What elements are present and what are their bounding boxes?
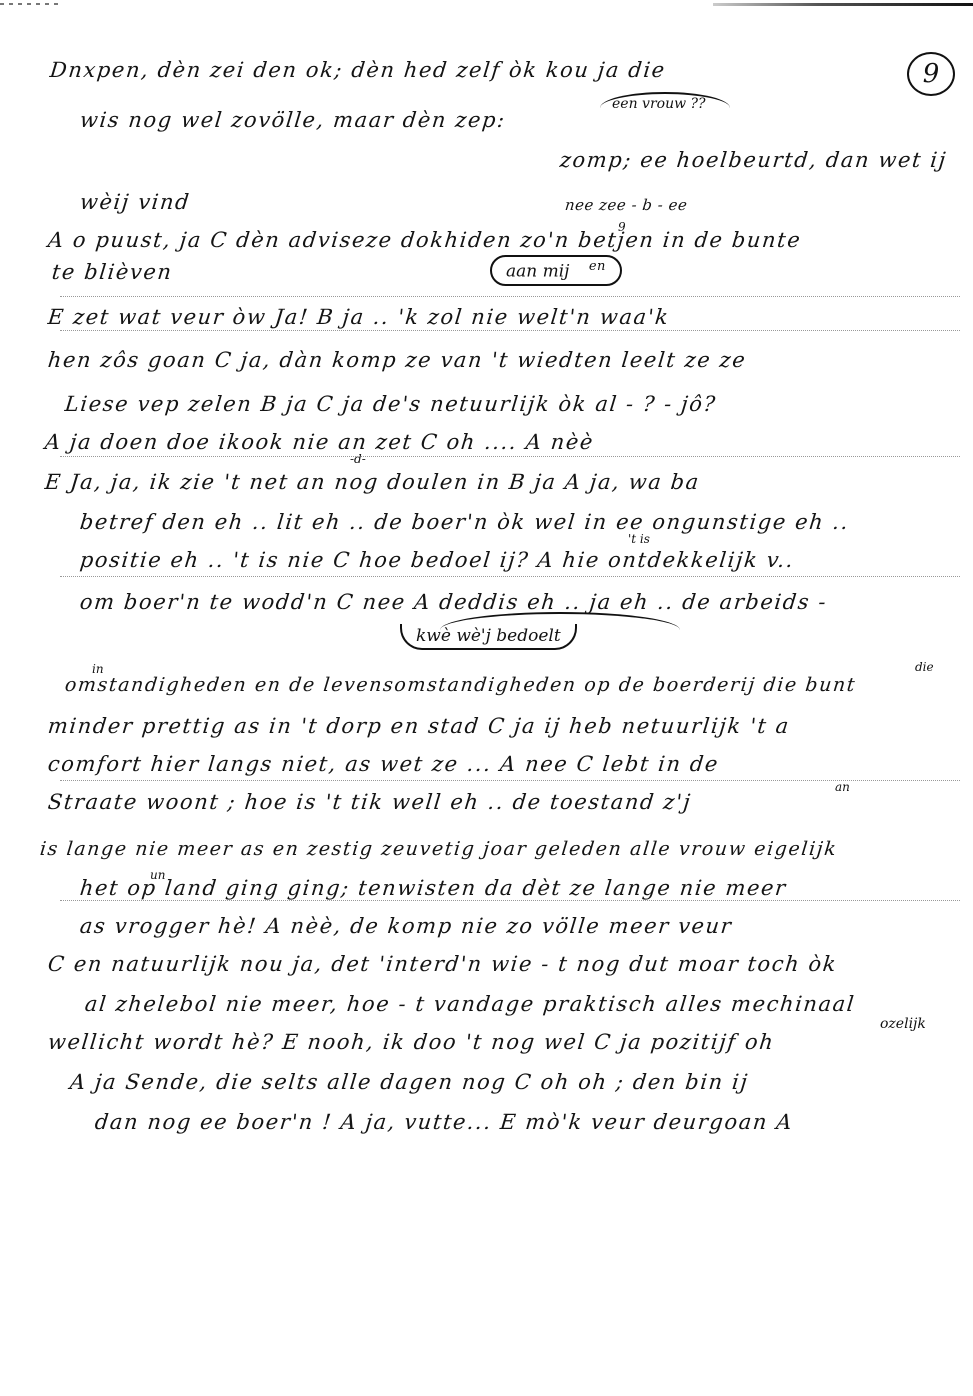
transcript-line-23: C en natuurlijk nou ja, det 'interd'n wi… [47, 952, 839, 976]
circled-note-text: kwè wè'j bedoelt [416, 626, 561, 646]
transcript-line-1: Dnxpen, dèn zei den ok; dèn hed zelf òk … [49, 58, 667, 82]
transcript-line-25: wellicht wordt hè? E nooh, ik doo 't nog… [47, 1030, 776, 1054]
transcript-line-8: E zet wat veur òw Ja! B ja .. 'k zol nie… [47, 305, 671, 329]
superscript-6: 9 [618, 220, 626, 234]
transcript-line-2: wis nog wel zovölle, maar dèn zep: [79, 108, 507, 132]
transcript-line-13: betref den eh .. lit eh .. de boer'n òk … [79, 510, 851, 534]
dotted-rule [60, 330, 960, 331]
dotted-rule [60, 780, 960, 781]
dotted-rule [60, 456, 960, 457]
transcript-line-14: positie eh .. 't is nie C hoe bedoel ij?… [79, 548, 796, 572]
superscript-19: an [835, 780, 850, 794]
transcript-line-16: omstandigheden en de levensomstandighede… [64, 674, 857, 696]
circled-insert-tail: en [589, 259, 606, 274]
dotted-rule [60, 900, 960, 901]
transcript-line-3: zomp; ee hoelbeurtd, dan wet ij [559, 148, 948, 172]
superscript-12: -d- [350, 452, 366, 466]
transcript-line-21: het op land ging ging; tenwisten da dèt … [79, 876, 788, 900]
scan-edge-mark [0, 3, 60, 5]
transcript-line-10: Liese vep zelen B ja C ja de's netuurlij… [64, 392, 718, 416]
transcript-line-27: dan nog ee boer'n ! A ja, vutte... E mò'… [94, 1110, 795, 1134]
transcript-line-18: comfort hier langs niet, as wet ze ... A… [47, 752, 721, 776]
superscript-16-end: die [915, 660, 934, 674]
transcript-line-20: is lange nie meer as en zestig zeuvetig … [39, 838, 839, 860]
transcript-line-6: A o puust, ja C dèn adviseze dokhiden zo… [47, 228, 803, 252]
circled-insert-aan-mij: aan mij en [490, 255, 622, 286]
transcript-line-22: as vrogger hè! A nèè, de komp nie zo völ… [79, 914, 734, 938]
dotted-rule [60, 576, 960, 577]
transcript-line-11: A ja doen doe ikook nie an zet C oh ....… [44, 430, 596, 454]
transcript-line-7: te blièven [51, 260, 174, 284]
insert-note-1: een vrouw ?? [612, 96, 706, 112]
transcript-line-26: A ja Sende, die selts alle dagen nog C o… [69, 1070, 750, 1094]
superscript-14: 't is [628, 532, 650, 546]
transcript-line-15: om boer'n te wodd'n C nee A deddis eh ..… [79, 590, 829, 614]
transcript-line-24: al zhelebol nie meer, hoe - t vandage pr… [84, 992, 857, 1016]
transcript-line-17: minder prettig as in 't dorp en stad C j… [47, 714, 791, 738]
scan-edge-bar [713, 3, 973, 6]
transcript-line-4: wèij vind [79, 190, 192, 214]
transcript-line-12: E Ja, ja, ik zie 't net an nog doulen in… [44, 470, 701, 494]
circled-note-bedoelt: kwè wè'j bedoelt [400, 624, 577, 650]
page-number: 9 [923, 59, 940, 89]
transcript-line-9: hen zôs goan C ja, dàn komp ze van 't wi… [47, 348, 748, 372]
circled-insert-text: aan mij [506, 262, 569, 282]
transcript-line-5: nee zee - b - ee [564, 196, 688, 214]
transcript-line-19: Straate woont ; hoe is 't tik well eh ..… [47, 790, 693, 814]
page-number-circle: 9 [907, 52, 955, 96]
dotted-rule [60, 296, 960, 297]
superscript-25: ozelijk [880, 1016, 926, 1032]
